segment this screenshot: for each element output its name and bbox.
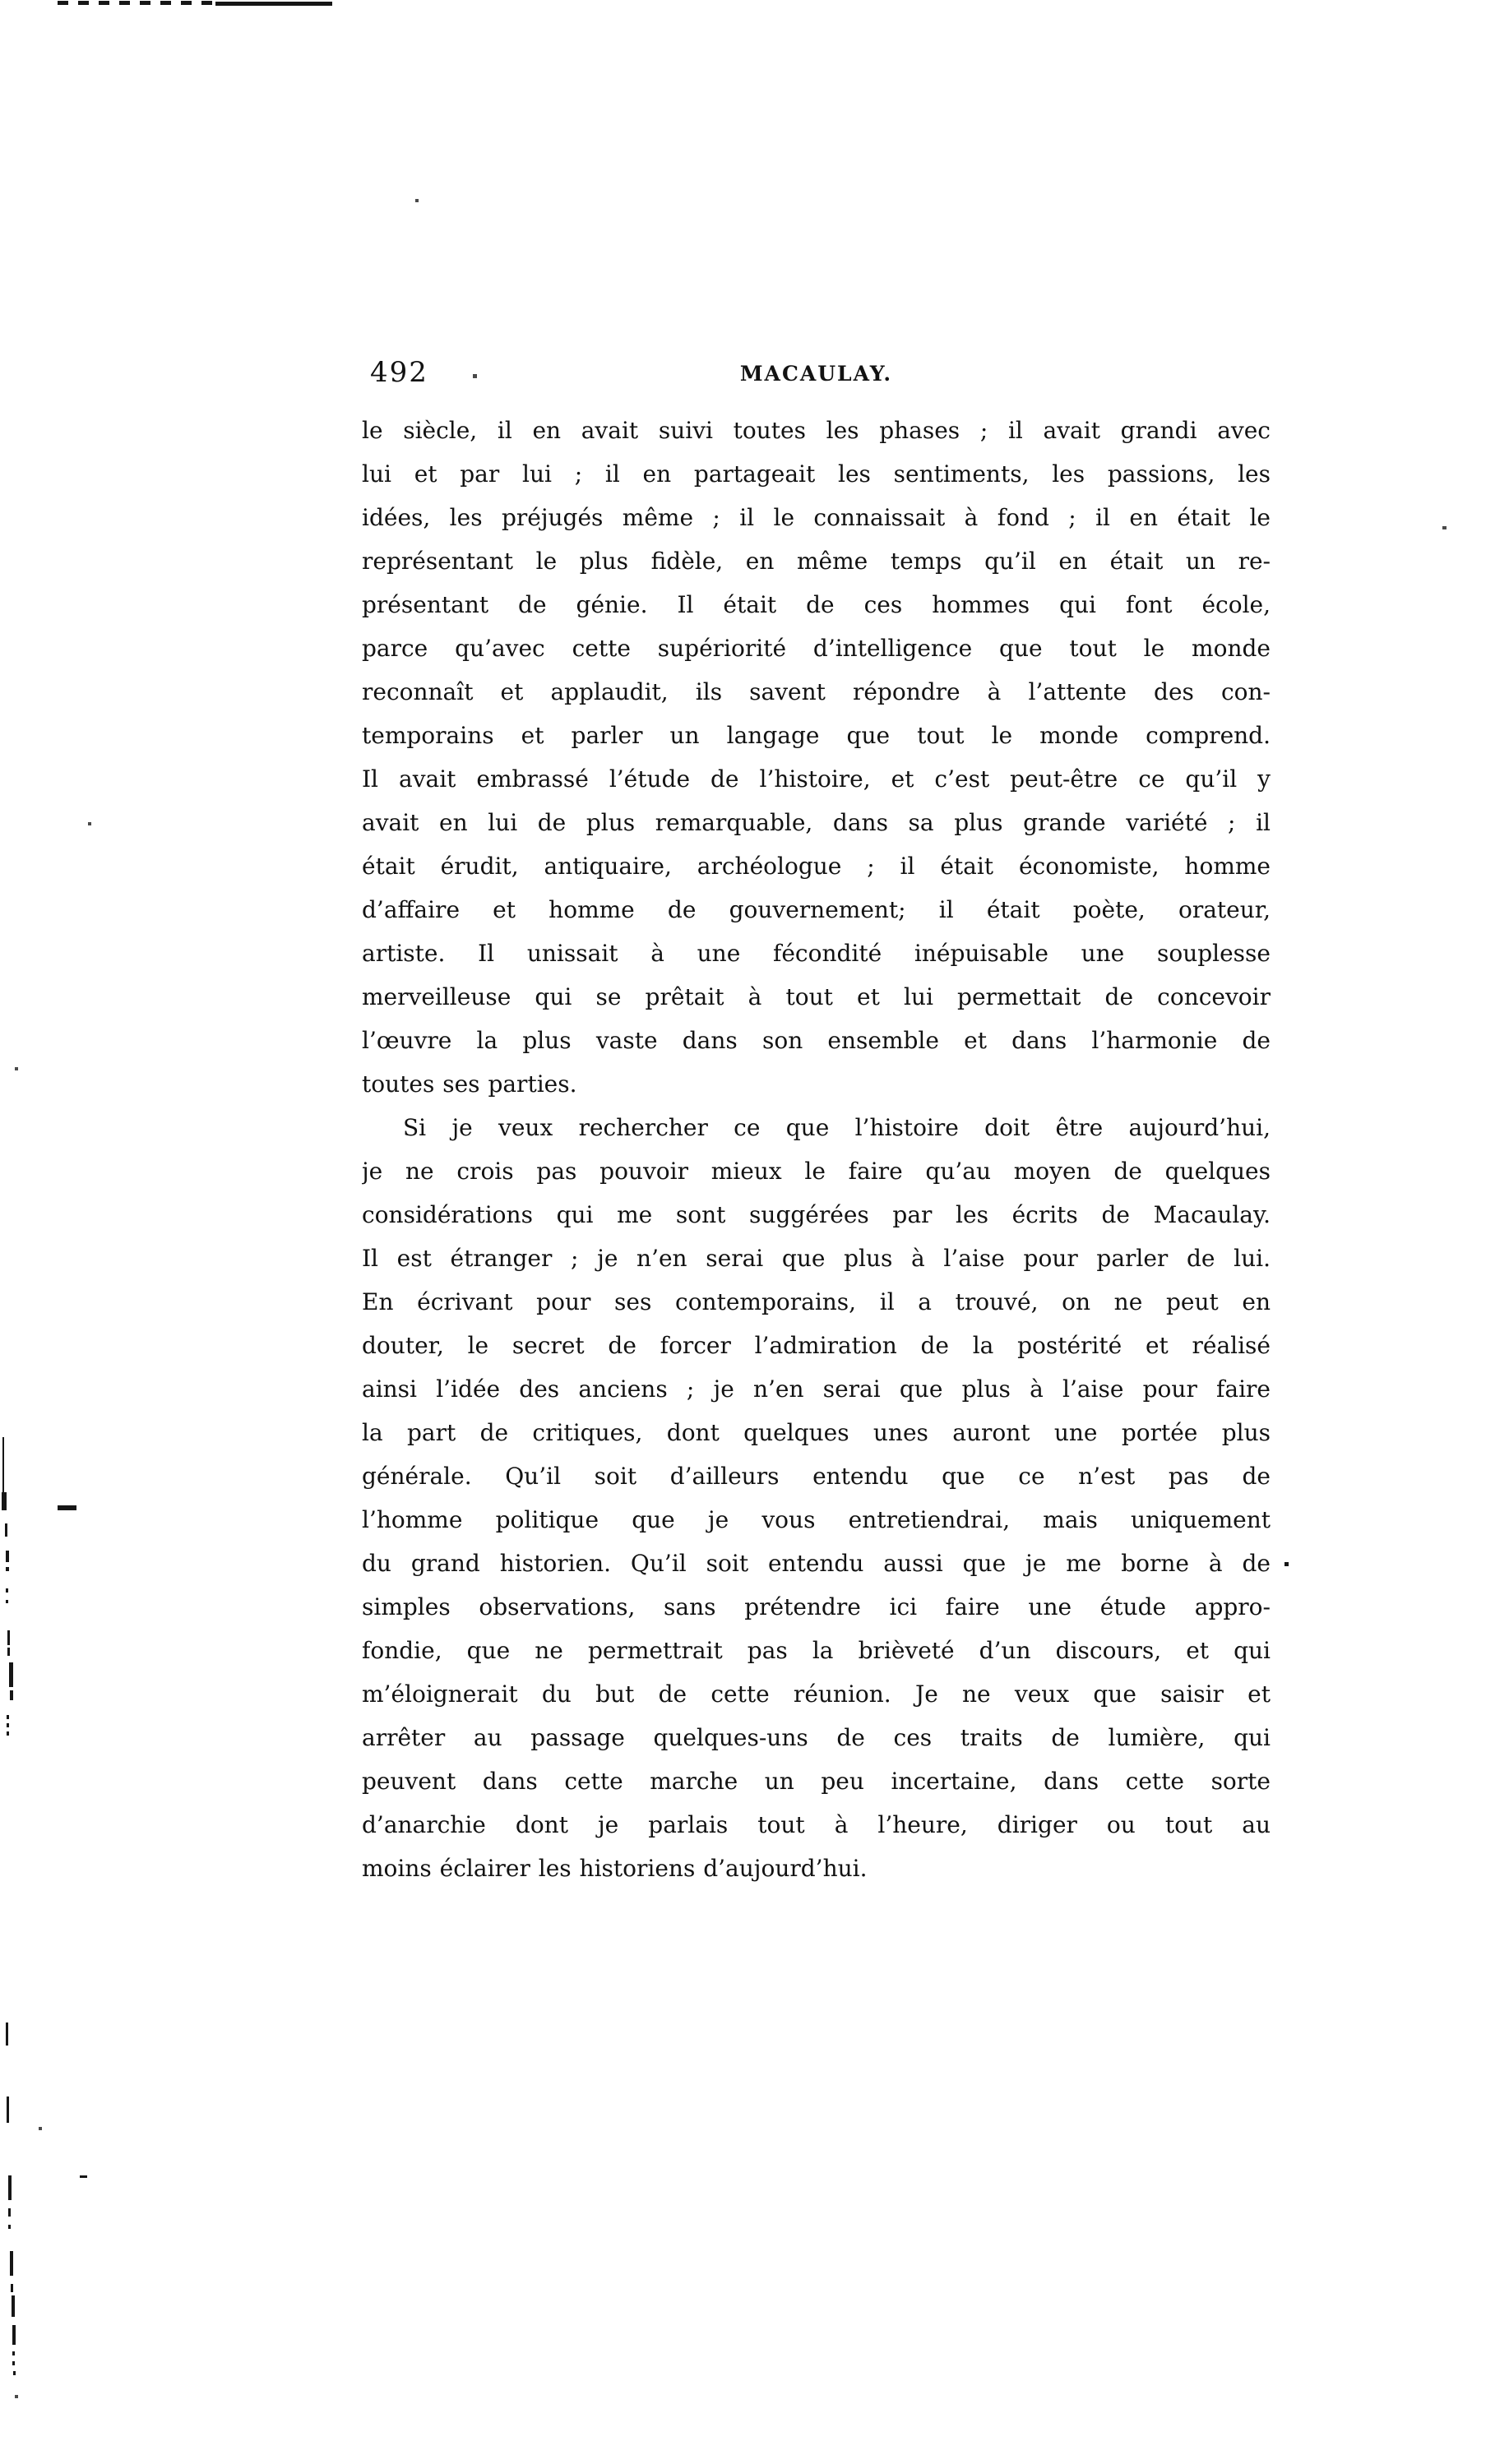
text-line: idées, les préjugés même ; il le connais… [362,496,1271,539]
scan-artifact [6,1600,8,1603]
scan-artifact [8,2175,12,2200]
scan-artifact [6,2023,8,2046]
scan-artifact [1285,1562,1289,1566]
text-line: peuvent dans cette marche un peu incerta… [362,1759,1271,1803]
text-line: d’anarchie dont je parlais tout à l’heur… [362,1803,1271,1847]
scan-artifact [7,1630,10,1645]
scan-artifact [13,2371,16,2375]
scan-artifact [10,1690,13,1700]
scan-artifact [7,1648,10,1656]
scan-artifact [8,2208,11,2217]
text-line: représentant le plus fidèle, en même tem… [362,539,1271,583]
paragraph: le siècle, il en avait suivi toutes les … [362,409,1271,1106]
scan-artifact [58,1,214,5]
text-line: l’œuvre la plus vaste dans son ensemble … [362,1019,1271,1062]
body-text: le siècle, il en avait suivi toutes les … [362,409,1271,1890]
running-title: MACAULAY. [362,363,1271,385]
scan-artifact [7,1723,9,1727]
scan-artifact [9,1662,13,1687]
text-line: douter, le secret de forcer l’admiration… [362,1324,1271,1367]
text-line: Il est étranger ; je n’en serai que plus… [362,1237,1271,1280]
text-line: m’éloignerait du but de cette réunion. J… [362,1672,1271,1716]
text-line: temporains et parler un langage que tout… [362,714,1271,757]
scan-artifact [7,1715,9,1719]
text-line: En écrivant pour ses contemporains, il a… [362,1280,1271,1324]
scan-artifact [15,1067,18,1070]
scan-artifact [10,2251,13,2276]
scan-artifact [12,2361,15,2365]
text-line: merveilleuse qui se prêtait à tout et lu… [362,975,1271,1019]
text-line: l’homme politique que je vous entretiend… [362,1498,1271,1542]
scan-artifact [473,374,477,378]
scan-artifact [2,1492,7,1510]
scan-artifact [39,2127,42,2130]
text-line: ainsi l’idée des anciens ; je n’en serai… [362,1367,1271,1411]
scan-artifact [6,1567,9,1571]
text-line: générale. Qu’il soit d’ailleurs entendu … [362,1454,1271,1498]
text-line: présentant de génie. Il était de ces hom… [362,583,1271,626]
scan-artifact [12,2351,15,2355]
text-line: d’affaire et homme de gouvernement; il é… [362,888,1271,932]
scan-artifact [5,1523,7,1537]
text-line: lui et par lui ; il en partageait les se… [362,452,1271,496]
paragraph: Si je veux rechercher ce que l’histoire … [362,1106,1271,1890]
scan-artifact [11,2284,13,2292]
text-line: simples observations, sans prétendre ici… [362,1585,1271,1629]
scan-artifact [80,2175,87,2178]
running-head: 492 MACAULAY. [362,357,1271,395]
scanned-book-page: { "page": { "background_color": "#ffffff… [0,0,1509,2464]
scan-artifact [58,1505,76,1510]
text-line: parce qu’avec cette supériorité d’intell… [362,626,1271,670]
text-line: moins éclairer les historiens d’aujourd’… [362,1847,1271,1890]
text-line: arrêter au passage quelques-uns de ces t… [362,1716,1271,1759]
scan-artifact [12,2295,15,2317]
scan-artifact [2,1437,4,1495]
text-line: toutes ses parties. [362,1062,1271,1106]
scan-artifact [1442,526,1447,529]
text-line: le siècle, il en avait suivi toutes les … [362,409,1271,452]
scan-artifact [415,199,419,202]
text-line: du grand historien. Qu’il soit entendu a… [362,1542,1271,1585]
text-line: la part de critiques, dont quelques unes… [362,1411,1271,1454]
scan-artifact [7,1731,9,1736]
scan-artifact [7,2096,9,2123]
scan-artifact [215,2,332,6]
scan-artifact [12,2325,16,2345]
scan-artifact [15,2395,18,2398]
scan-artifact [6,1551,9,1562]
book-page: 492 MACAULAY. le siècle, il en avait sui… [0,0,1509,2464]
scan-artifact [6,1588,8,1593]
text-line: fondie, que ne permettrait pas la briève… [362,1629,1271,1672]
text-line: reconnaît et applaudit, ils savent répon… [362,670,1271,714]
text-line: était érudit, antiquaire, archéologue ; … [362,844,1271,888]
scan-artifact [88,822,91,825]
text-line: je ne crois pas pouvoir mieux le faire q… [362,1149,1271,1193]
text-line: artiste. Il unissait à une fécondité iné… [362,932,1271,975]
text-line: Si je veux rechercher ce que l’histoire … [362,1106,1271,1149]
text-line: considérations qui me sont suggérées par… [362,1193,1271,1237]
text-line: Il avait embrassé l’étude de l’histoire,… [362,757,1271,801]
scan-artifact [8,2225,11,2229]
text-line: avait en lui de plus remarquable, dans s… [362,801,1271,844]
